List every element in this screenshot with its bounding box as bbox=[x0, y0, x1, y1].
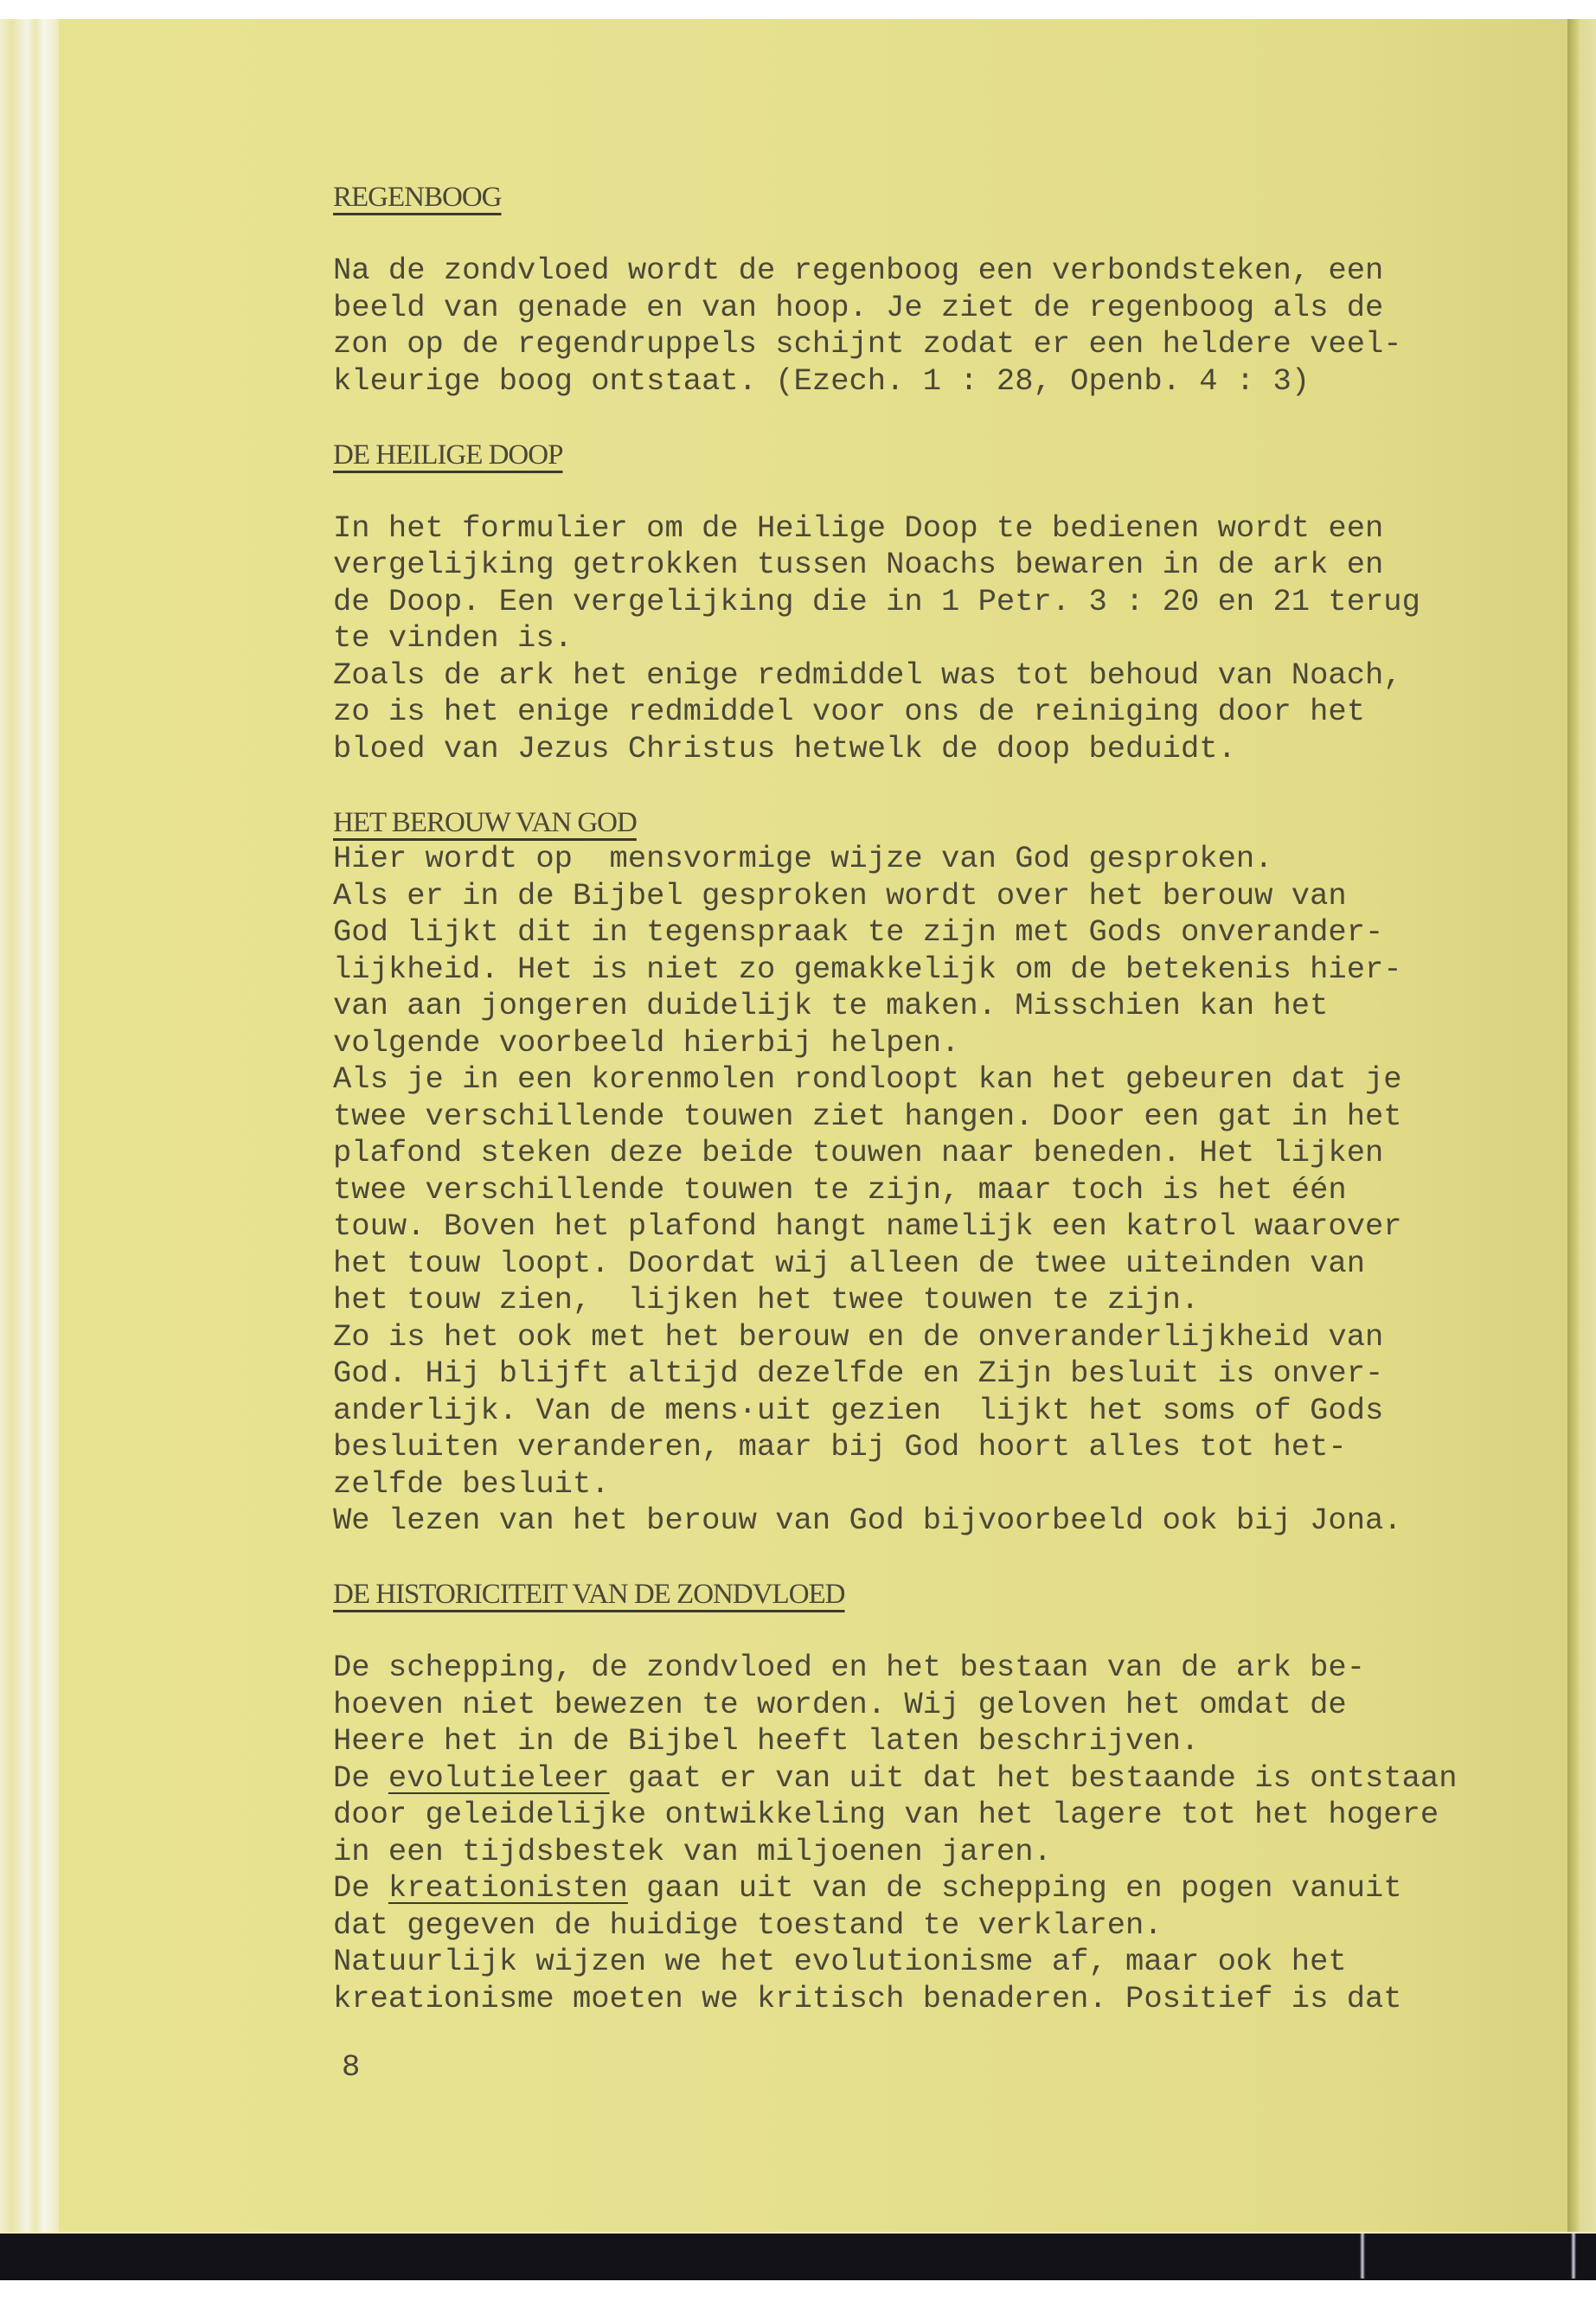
text-line: De kreationisten gaan uit van de scheppi… bbox=[333, 1870, 1544, 1907]
text-line: Heere het in de Bijbel heeft laten besch… bbox=[333, 1723, 1544, 1760]
section-de-historiciteit-van-de-zondvloed: DE HISTORICITEIT VAN DE ZONDVLOEDDe sche… bbox=[333, 1576, 1544, 2017]
blank-line bbox=[333, 1540, 1544, 1577]
section-het-berouw-van-god: HET BEROUW VAN GODHier wordt op mensvorm… bbox=[333, 804, 1544, 1577]
book-binding-edge bbox=[0, 19, 59, 2251]
heading-line: DE HEILIGE DOOP bbox=[333, 437, 1544, 474]
text-line: Als er in de Bijbel gesproken wordt over… bbox=[333, 878, 1544, 915]
dark-backdrop-strip bbox=[0, 2232, 1596, 2280]
text-segment: De bbox=[333, 1760, 388, 1796]
text-line: plafond steken deze beide touwen naar be… bbox=[333, 1135, 1544, 1172]
section-heading: HET BEROUW VAN GOD bbox=[333, 807, 637, 838]
text-line: lijkheid. Het is niet zo gemakkelijk om … bbox=[333, 952, 1544, 989]
text-line: zo is het enige redmiddel voor ons de re… bbox=[333, 694, 1544, 731]
text-line: De evolutieleer gaat er van uit dat het … bbox=[333, 1760, 1544, 1798]
text-line: Hier wordt op mensvormige wijze van God … bbox=[333, 841, 1544, 878]
text-line: God lijkt dit in tegenspraak te zijn met… bbox=[333, 914, 1544, 952]
text-line: touw. Boven het plafond hangt namelijk e… bbox=[333, 1208, 1544, 1246]
document-body: REGENBOOGNa de zondvloed wordt de regenb… bbox=[333, 179, 1544, 2017]
section-regenboog: REGENBOOGNa de zondvloed wordt de regenb… bbox=[333, 179, 1544, 437]
underlined-term: evolutieleer bbox=[388, 1760, 610, 1796]
text-line: Als je in een korenmolen rondloopt kan h… bbox=[333, 1061, 1544, 1099]
text-line: beeld van genade en van hoop. Je ziet de… bbox=[333, 290, 1544, 327]
text-line: Natuurlijk wijzen we het evolutionisme a… bbox=[333, 1944, 1544, 1981]
text-line: in een tijdsbestek van miljoenen jaren. bbox=[333, 1834, 1544, 1871]
text-line: hoeven niet bewezen te worden. Wij gelov… bbox=[333, 1687, 1544, 1724]
text-line: Na de zondvloed wordt de regenboog een v… bbox=[333, 253, 1544, 290]
text-line: Zo is het ook met het berouw en de onver… bbox=[333, 1319, 1544, 1356]
section-de-heilige-doop: DE HEILIGE DOOPIn het formulier om de He… bbox=[333, 437, 1544, 804]
text-line: anderlijk. Van de mens·uit gezien lijkt … bbox=[333, 1393, 1544, 1430]
blank-line bbox=[333, 767, 1544, 804]
text-line: te vinden is. bbox=[333, 620, 1544, 657]
text-line: dat gegeven de huidige toestand te verkl… bbox=[333, 1907, 1544, 1945]
section-heading: REGENBOOG bbox=[333, 182, 502, 213]
section-heading: DE HISTORICITEIT VAN DE ZONDVLOED bbox=[333, 1579, 845, 1610]
text-line: kreationisme moeten we kritisch benadere… bbox=[333, 1981, 1544, 2018]
blank-line bbox=[333, 216, 1544, 253]
text-line: de Doop. Een vergelijking die in 1 Petr.… bbox=[333, 584, 1544, 621]
text-line: het touw loopt. Doordat wij alleen de tw… bbox=[333, 1246, 1544, 1283]
text-segment: gaat er van uit dat het bestaande is ont… bbox=[610, 1760, 1458, 1796]
text-line: van aan jongeren duidelijk te maken. Mis… bbox=[333, 988, 1544, 1025]
heading-line: DE HISTORICITEIT VAN DE ZONDVLOED bbox=[333, 1576, 1544, 1613]
text-line: zon op de regendruppels schijnt zodat er… bbox=[333, 326, 1544, 363]
text-line: door geleidelijke ontwikkeling van het l… bbox=[333, 1797, 1544, 1834]
text-line: God. Hij blijft altijd dezelfde en Zijn … bbox=[333, 1356, 1544, 1393]
page-number: 8 bbox=[342, 2049, 360, 2085]
backdrop-highlight bbox=[1360, 2234, 1365, 2279]
text-line: volgende voorbeeld hierbij helpen. bbox=[333, 1025, 1544, 1062]
text-segment: De bbox=[333, 1870, 388, 1906]
text-line: We lezen van het berouw van God bijvoorb… bbox=[333, 1503, 1544, 1540]
blank-line bbox=[333, 400, 1544, 437]
text-line: besluiten veranderen, maar bij God hoort… bbox=[333, 1429, 1544, 1466]
text-line: De schepping, de zondvloed en het bestaa… bbox=[333, 1650, 1544, 1687]
text-line: In het formulier om de Heilige Doop te b… bbox=[333, 510, 1544, 548]
blank-line bbox=[333, 1613, 1544, 1650]
text-line: kleurige boog ontstaat. (Ezech. 1 : 28, … bbox=[333, 363, 1544, 401]
section-heading: DE HEILIGE DOOP bbox=[333, 439, 562, 471]
page-right-edge bbox=[1567, 19, 1596, 2251]
text-line: het touw zien, lijken het twee touwen te… bbox=[333, 1282, 1544, 1319]
blank-line bbox=[333, 473, 1544, 510]
text-line: twee verschillende touwen te zijn, maar … bbox=[333, 1172, 1544, 1209]
text-line: zelfde besluit. bbox=[333, 1466, 1544, 1503]
text-line: twee verschillende touwen ziet hangen. D… bbox=[333, 1099, 1544, 1136]
heading-line: HET BEROUW VAN GOD bbox=[333, 804, 1544, 842]
underlined-term: kreationisten bbox=[388, 1870, 628, 1906]
text-line: Zoals de ark het enige redmiddel was tot… bbox=[333, 657, 1544, 695]
backdrop-highlight bbox=[1571, 2234, 1576, 2279]
heading-line: REGENBOOG bbox=[333, 179, 1544, 216]
text-line: vergelijking getrokken tussen Noachs bew… bbox=[333, 547, 1544, 584]
text-line: bloed van Jezus Christus hetwelk de doop… bbox=[333, 731, 1544, 768]
text-segment: gaan uit van de schepping en pogen vanui… bbox=[628, 1870, 1402, 1906]
